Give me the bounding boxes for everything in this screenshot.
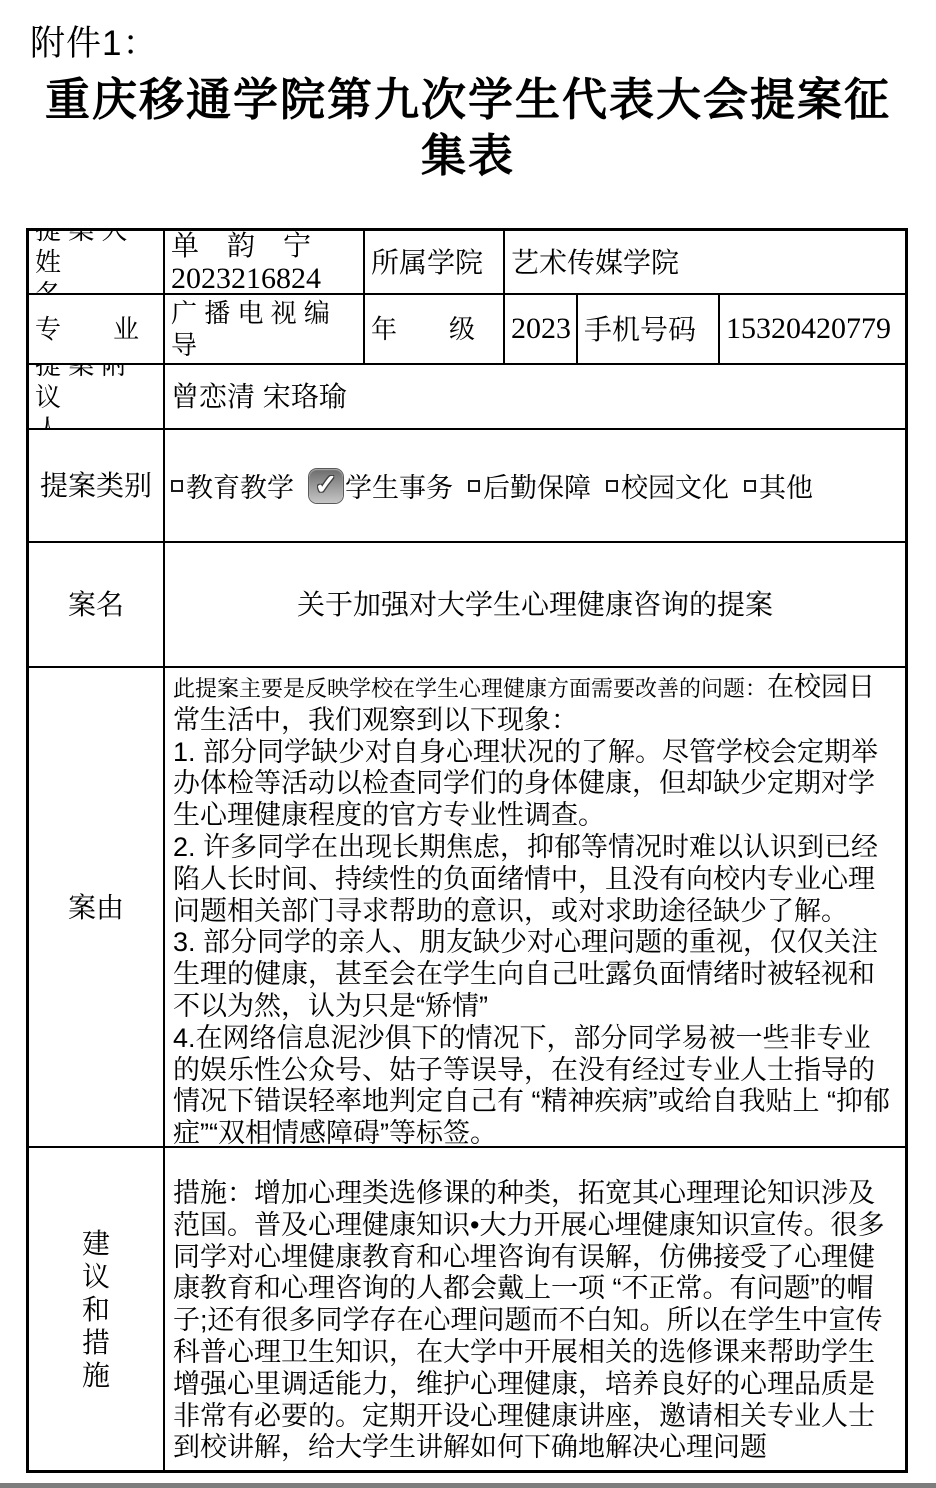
category-label: 提案类别 [40,469,152,502]
category-option-label: 后勤保障 [483,466,591,505]
case-reason-text-cell: 此提案主要是反映学校在学生心理健康方面需要改善的问题：在校园日常生活中，我们观察… [165,668,905,1146]
category-option-label: 教育教学 [186,466,294,505]
category-label-cell: 提案类别 [29,430,165,541]
proposer-student-id: 2023216824 [171,262,321,294]
grade-value: 2023 [511,312,571,346]
seconders-value-cell: 曾恋清 宋珞瑜 [165,365,905,428]
checkbox-unchecked-icon[interactable] [468,480,480,492]
grade-label-cell: 年 级 [365,295,505,363]
phone-value: 15320420779 [726,312,891,346]
seconders-value: 曾恋清 宋珞瑜 [171,380,347,413]
proposer-name: 单 韵 宁 [171,231,321,262]
checkmark-icon: ✓ [314,471,337,499]
proposer-name-label: 提 案 人 姓 名 [35,231,157,293]
suggestions-label: 建 议 和 措 施 [82,1227,110,1392]
case-reason-text: 此提案主要是反映学校在学生心理健康方面需要改善的问题：在校园日常生活中，我们观察… [173,672,897,1146]
proposer-name-label-cell: 提 案 人 姓 名 [29,231,165,293]
proposer-name-value-cell: 单 韵 宁 2023216824 [165,231,365,293]
category-option-campus-culture[interactable]: 校园文化 [606,466,729,505]
table-row: 专 业 广 播 电 视 编 导 年 级 2023 手机号码 1532042077… [29,295,905,365]
checkbox-unchecked-icon[interactable] [171,480,183,492]
page-title-line1: 重庆移通学院第九次学生代表大会提案征 [0,72,936,128]
category-option-label: 校园文化 [621,466,729,505]
seconders-label-cell: 提 案 附 议 人 [29,365,165,428]
category-option-label: 其他 [759,466,813,505]
checkbox-unchecked-icon[interactable] [606,480,618,492]
proposal-form-table: 提 案 人 姓 名 单 韵 宁 2023216824 所属学院 艺术传媒学院 专… [26,228,908,1473]
page-title: 重庆移通学院第九次学生代表大会提案征 集表 [0,72,936,184]
checkbox-checked-icon[interactable]: ✓ [309,469,343,503]
major-value-cell: 广 播 电 视 编 导 [165,295,365,363]
grade-value-cell: 2023 [505,295,578,363]
case-reason-body: 在校园日常生活中，我们观察到以下现象： 1. 部分同学缺少对自身心理状况的了解。… [173,672,890,1146]
table-row: 提 案 人 姓 名 单 韵 宁 2023216824 所属学院 艺术传媒学院 [29,231,905,295]
case-name-label-cell: 案名 [29,543,165,666]
table-row: 案由 此提案主要是反映学校在学生心理健康方面需要改善的问题：在校园日常生活中，我… [29,668,905,1148]
suggestions-text-cell: 措施：增加心理类选修课的种类，拓宽其心理理论知识涉及范国。普及心理健康知识•大力… [165,1148,905,1470]
case-reason-label-cell: 案由 [29,668,165,1146]
case-name-label: 案名 [68,588,124,621]
college-label: 所属学院 [371,246,483,279]
college-value: 艺术传媒学院 [511,246,679,279]
category-option-education[interactable]: 教育教学 [171,466,294,505]
case-reason-intro: 此提案主要是反映学校在学生心理健康方面需要改善的问题： [173,676,767,701]
grade-label: 年 级 [371,313,475,345]
major-value: 广 播 电 视 编 导 [171,297,330,361]
page-title-line2: 集表 [0,128,936,184]
suggestions-label-cell: 建 议 和 措 施 [29,1148,165,1470]
case-name-value: 关于加强对大学生心理健康咨询的提案 [297,588,773,621]
suggestions-text: 措施：增加心理类选修课的种类，拓宽其心理理论知识涉及范国。普及心理健康知识•大力… [173,1178,897,1464]
table-row: 案名 关于加强对大学生心理健康咨询的提案 [29,543,905,668]
major-label-cell: 专 业 [29,295,165,363]
scan-edge-artifact [0,1483,936,1488]
table-row: 提 案 附 议 人 曾恋清 宋珞瑜 [29,365,905,430]
major-label: 专 业 [35,313,139,345]
college-value-cell: 艺术传媒学院 [505,231,905,293]
seconders-label: 提 案 附 议 人 [35,365,157,428]
category-option-label: 学生事务 [345,466,453,505]
category-option-student-affairs[interactable]: ✓ 学生事务 [309,466,453,505]
attachment-label: 附件1： [30,16,158,66]
phone-value-cell: 15320420779 [720,295,905,363]
category-option-logistics[interactable]: 后勤保障 [468,466,591,505]
category-options-cell: 教育教学 ✓ 学生事务 后勤保障 校园文化 [165,430,905,541]
checkbox-unchecked-icon[interactable] [744,480,756,492]
phone-label: 手机号码 [584,313,696,346]
case-reason-label: 案由 [68,891,124,924]
table-row: 建 议 和 措 施 措施：增加心理类选修课的种类，拓宽其心理理论知识涉及范国。普… [29,1148,905,1470]
phone-label-cell: 手机号码 [578,295,720,363]
case-name-value-cell: 关于加强对大学生心理健康咨询的提案 [165,543,905,666]
category-option-other[interactable]: 其他 [744,466,813,505]
table-row: 提案类别 教育教学 ✓ 学生事务 后勤保障 [29,430,905,543]
college-label-cell: 所属学院 [365,231,505,293]
